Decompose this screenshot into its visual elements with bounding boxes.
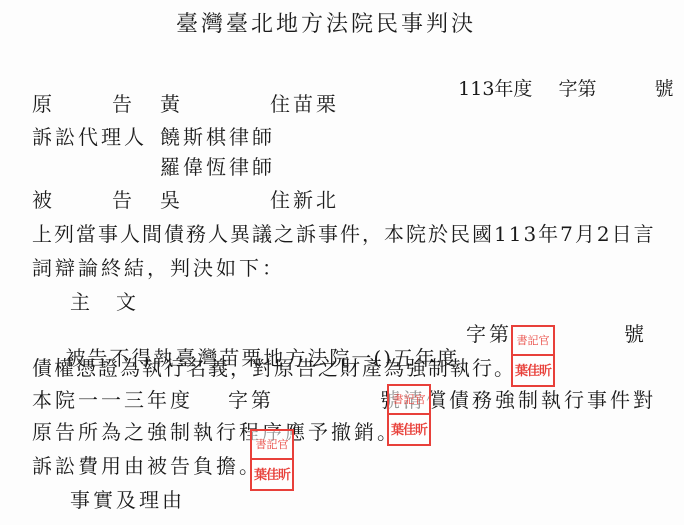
party-name: 羅偉恆律師 — [160, 155, 275, 179]
case-number: 113年度字第號 — [434, 53, 673, 125]
main-text-line-1b: 字第 — [466, 322, 512, 346]
party-name: 黃 — [160, 92, 183, 116]
party-role: 原 告 — [32, 92, 132, 116]
clerk-seal-stamp: 書記官 葉佳昕 — [387, 384, 431, 446]
party-address: 住新北 — [270, 188, 339, 212]
main-text-line-2: 債權憑證為執行名義，對原告之財產為強制執行。 — [32, 356, 516, 380]
seal-name: 葉佳昕 — [252, 460, 292, 491]
seal-title: 書記官 — [389, 386, 429, 415]
clerk-seal-stamp: 書記官 葉佳昕 — [250, 429, 294, 491]
main-text-line-3: 本院一一三年度 — [32, 388, 193, 412]
judgment-page: 臺灣臺北地方法院民事判決 113年度字第號 原 告 黃 住苗栗 訴訟代理人 饒斯… — [0, 0, 684, 525]
main-text-line-5: 訴訟費用由被告負擔。 — [32, 454, 262, 478]
clerk-seal-stamp: 書記官 葉佳昕 — [511, 325, 555, 387]
main-text-line-4: 原告所為之強制執行程序應予撤銷。 — [32, 420, 400, 444]
main-text-line-1c: 號 — [624, 322, 647, 346]
preamble-line-2: 詞辯論終結，判決如下： — [32, 256, 285, 280]
main-heading: 主 文 — [70, 290, 139, 314]
case-year: 113年度 — [458, 77, 532, 101]
party-role: 被 告 — [32, 188, 132, 212]
seal-name: 葉佳昕 — [389, 415, 429, 446]
seal-title: 書記官 — [513, 327, 553, 356]
main-text-line-3b: 字第 — [228, 388, 274, 412]
party-address: 住苗栗 — [270, 92, 339, 116]
seal-title: 書記官 — [252, 431, 292, 460]
party-name: 饒斯棋律師 — [160, 125, 275, 149]
facts-heading: 事實及理由 — [70, 488, 185, 512]
preamble-line-1: 上列當事人間債務人異議之訴事件，本院於民國113年7月2日言 — [32, 222, 656, 246]
party-name: 吳 — [160, 188, 183, 212]
seal-name: 葉佳昕 — [513, 356, 553, 387]
case-word: 字第 — [558, 77, 596, 101]
party-role: 訴訟代理人 — [32, 125, 147, 149]
document-title: 臺灣臺北地方法院民事判決 — [176, 12, 476, 38]
case-number-suffix: 號 — [654, 77, 673, 101]
